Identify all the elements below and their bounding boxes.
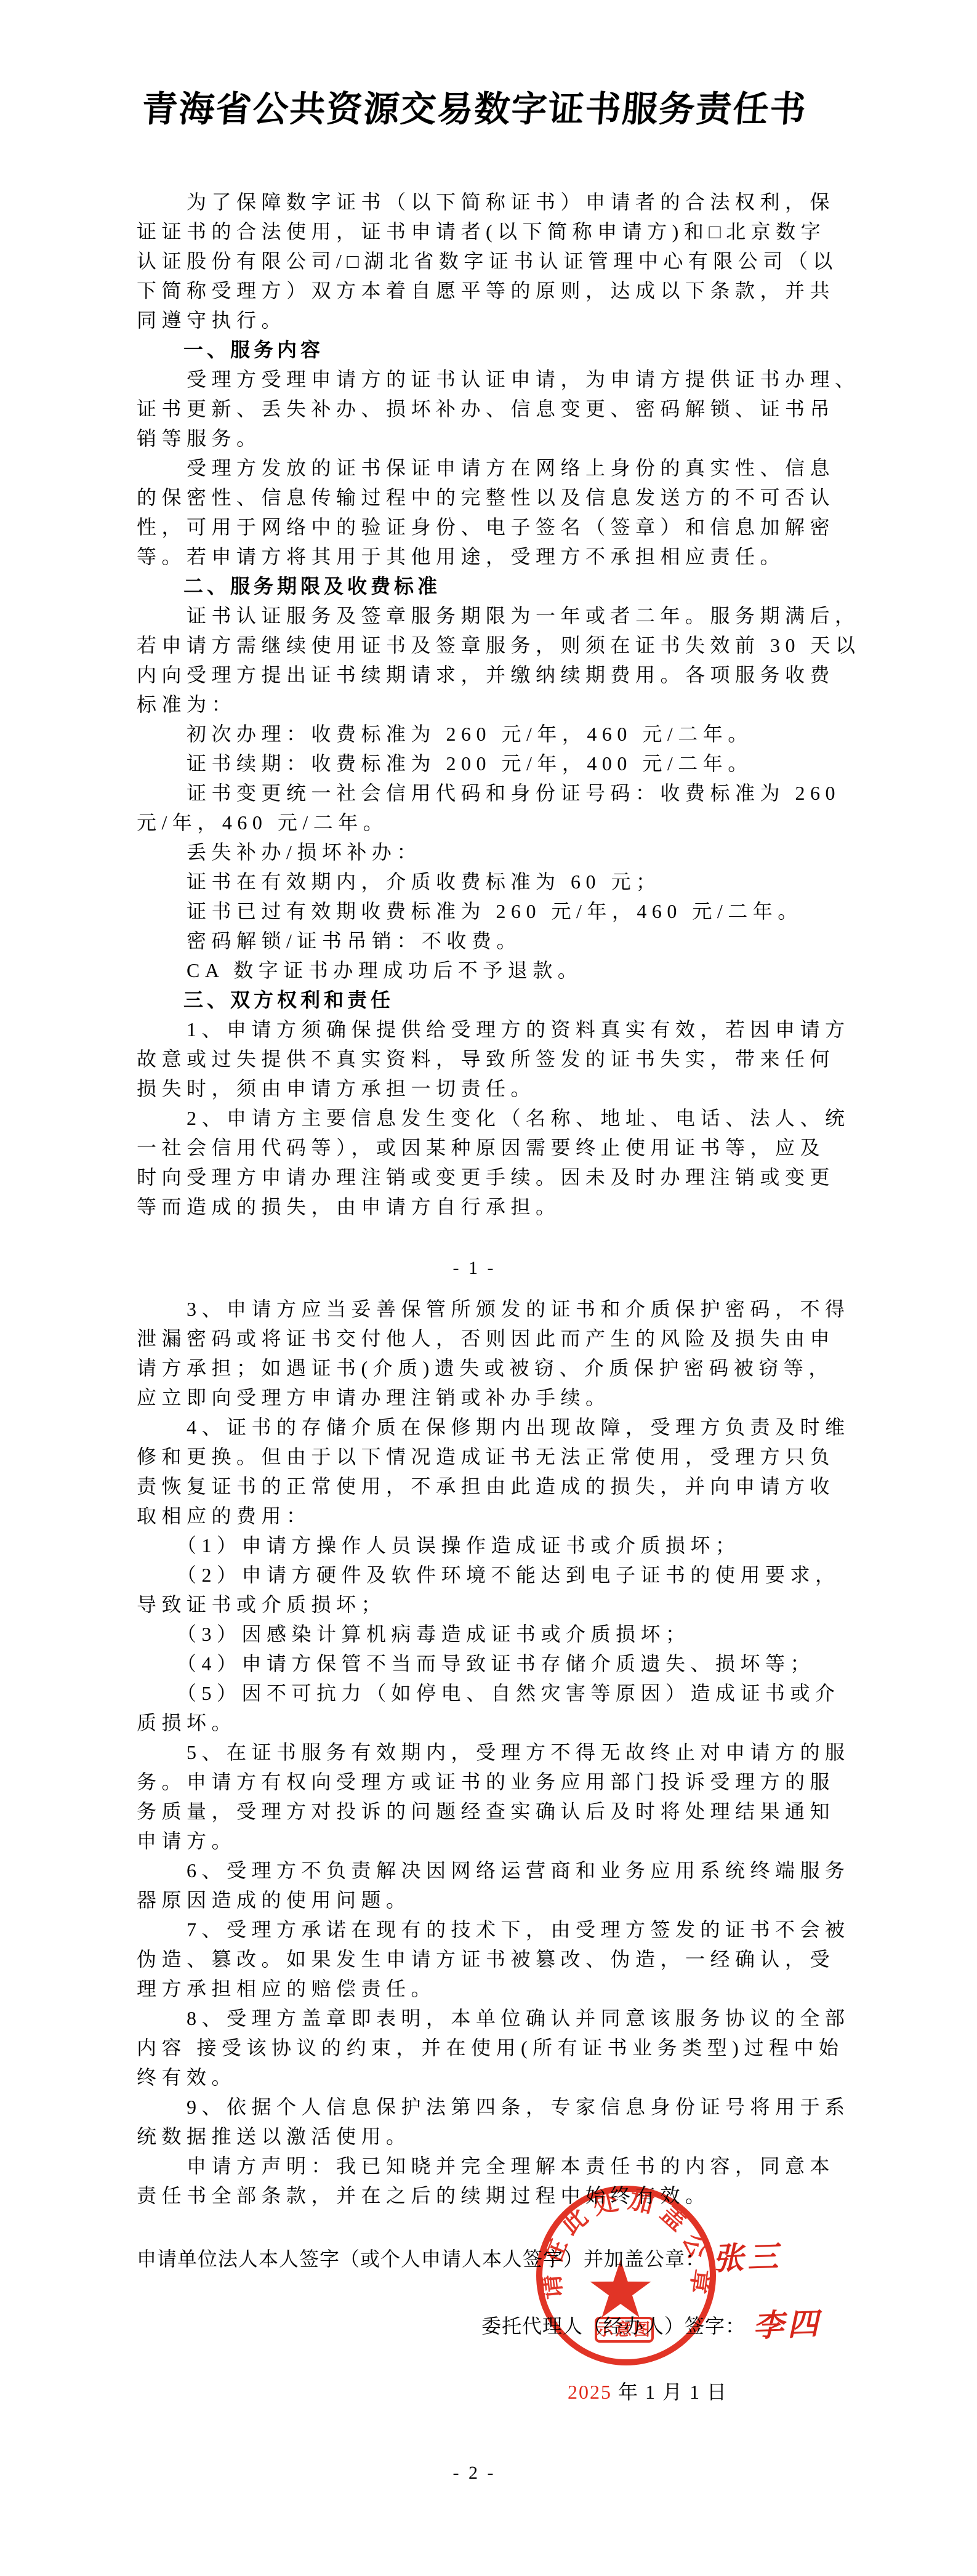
body-line: 性，可用于网络中的验证身份、电子签名（签章）和信息加解密 [137, 512, 812, 542]
body-line: 5、在证书服务有效期内，受理方不得无故终止对申请方的服 [137, 1737, 812, 1767]
body-line: 受理方发放的证书保证申请方在网络上身份的真实性、信息 [137, 453, 812, 483]
body-line: （3）因感染计算机病毒造成证书或介质损坏； [137, 1619, 812, 1649]
sample-label: 示意图 [596, 2318, 653, 2341]
body-line: 证书更新、丢失补办、损坏补办、信息变更、密码解锁、证书吊 [137, 394, 812, 424]
body-line: 二、服务期限及收费标准 [137, 571, 812, 601]
legal-person-signature: 张三 [712, 2242, 782, 2274]
page-number-2: - 2 - [137, 2458, 812, 2488]
page-2-body: 3、申请方应当妥善保管所颁发的证书和介质保护密码，不得泄漏密码或将证书交付他人，… [137, 1294, 812, 2210]
body-line: 3、申请方应当妥善保管所颁发的证书和介质保护密码，不得 [137, 1294, 812, 1324]
body-line: 故意或过失提供不真实资料，导致所签发的证书失实，带来任何 [137, 1044, 812, 1074]
body-line: 8、受理方盖章即表明，本单位确认并同意该服务协议的全部 [137, 2003, 812, 2033]
body-line: 损失时，须由申请方承担一切责任。 [137, 1074, 812, 1103]
body-line: 三、双方权利和责任 [137, 985, 812, 1015]
body-line: 认证股份有限公司/□湖北省数字证书认证管理中心有限公司（以 [137, 246, 812, 276]
body-line: 9、依据个人信息保护法第四条，专家信息身份证号将用于系 [137, 2092, 812, 2122]
page-title: 青海省公共资源交易数字证书服务责任书 [135, 89, 814, 131]
page-1-body: 为了保障数字证书（以下简称证书）申请者的合法权利，保证证书的合法使用，证书申请者… [137, 187, 812, 1222]
official-seal-stamp: 请在此处加盖公章 示意图 [531, 2180, 722, 2371]
body-line: 的保密性、信息传输过程中的完整性以及信息发送方的不可否认 [137, 483, 812, 512]
document-page: { "title": "青海省公共资源交易数字证书服务责任书", "colors… [0, 0, 977, 2576]
body-line: 责恢复证书的正常使用，不承担由此造成的损失，并向申请方收 [137, 1471, 812, 1501]
body-line: 2、申请方主要信息发生变化（名称、地址、电话、法人、统 [137, 1103, 812, 1133]
body-line: 等而造成的损失，由申请方自行承担。 [137, 1192, 812, 1222]
body-line: 修和更换。但由于以下情况造成证书无法正常使用，受理方只负 [137, 1442, 812, 1471]
body-line: 证书已过有效期收费标准为 260 元/年，460 元/二年。 [137, 896, 812, 926]
page-number-1: - 1 - [137, 1254, 812, 1283]
body-line: 为了保障数字证书（以下简称证书）申请者的合法权利，保 [137, 187, 812, 217]
body-line: 应立即向受理方申请办理注销或补办手续。 [137, 1383, 812, 1412]
body-line: 务。申请方有权向受理方或证书的业务应用部门投诉受理方的服 [137, 1767, 812, 1797]
document-body: 青海省公共资源交易数字证书服务责任书 为了保障数字证书（以下简称证书）申请者的合… [0, 89, 977, 2488]
body-line: 一社会信用代码等），或因某种原因需要终止使用证书等，应及 [137, 1133, 812, 1162]
body-line: 证证书的合法使用，证书申请者(以下简称申请方)和□北京数字 [137, 217, 812, 246]
body-line: 若申请方需继续使用证书及签章服务，则须在证书失效前 30 天以 [137, 630, 812, 660]
body-line: 4、证书的存储介质在保修期内出现故障，受理方负责及时维 [137, 1412, 812, 1442]
body-line: 丢失补办/损坏补办： [137, 837, 812, 867]
body-line: 器原因造成的使用问题。 [137, 1885, 812, 1915]
date-rest: 年 1 月 1 日 [612, 2381, 728, 2403]
body-line: 元/年，460 元/二年。 [137, 808, 812, 837]
body-line: 等。若申请方将其用于其他用途，受理方不承担相应责任。 [137, 542, 812, 571]
body-line: 请方承担；如遇证书(介质)遗失或被窃、介质保护密码被窃等， [137, 1353, 812, 1383]
star-icon [590, 2260, 651, 2317]
body-line: 申请方。 [137, 1826, 812, 1856]
body-line: 取相应的费用： [137, 1501, 812, 1531]
body-line: 证书在有效期内，介质收费标准为 60 元； [137, 867, 812, 896]
body-line: 质损坏。 [137, 1708, 812, 1737]
body-line: 标准为： [137, 690, 812, 719]
body-line: （1）申请方操作人员误操作造成证书或介质损坏； [137, 1531, 812, 1560]
body-line: 导致证书或介质损坏； [137, 1590, 812, 1619]
body-line: 内向受理方提出证书续期请求，并缴纳续期费用。各项服务收费 [137, 660, 812, 690]
body-line: 伪造、篡改。如果发生申请方证书被篡改、伪造，一经确认，受 [137, 1944, 812, 1974]
body-line: 申请方声明：我已知晓并完全理解本责任书的内容，同意本 [137, 2151, 812, 2181]
body-line: 受理方受理申请方的证书认证申请，为申请方提供证书办理、 [137, 364, 812, 394]
agent-signature: 李四 [752, 2309, 822, 2341]
body-line: （5）因不可抗力（如停电、自然灾害等原因）造成证书或介 [137, 1678, 812, 1708]
body-line: 1、申请方须确保提供给受理方的资料真实有效，若因申请方 [137, 1015, 812, 1044]
body-line: 证书认证服务及签章服务期限为一年或者二年。服务期满后， [137, 601, 812, 630]
body-line: 7、受理方承诺在现有的技术下，由受理方签发的证书不会被 [137, 1915, 812, 1944]
body-line: 时向受理方申请办理注销或变更手续。因未及时办理注销或变更 [137, 1162, 812, 1192]
body-line: 6、受理方不负责解决因网络运营商和业务应用系统终端服务 [137, 1856, 812, 1885]
body-line: 初次办理：收费标准为 260 元/年，460 元/二年。 [137, 719, 812, 749]
body-line: 销等服务。 [137, 424, 812, 453]
body-line: 泄漏密码或将证书交付他人，否则因此而产生的风险及损失由申 [137, 1324, 812, 1353]
body-line: CA 数字证书办理成功后不予退款。 [137, 956, 812, 985]
body-line: 一、服务内容 [137, 335, 812, 364]
sample-label-text: 示意图 [597, 2320, 652, 2339]
body-line: 密码解锁/证书吊销：不收费。 [137, 926, 812, 956]
date-year: 2025 [568, 2381, 612, 2403]
body-line: 理方承担相应的赔偿责任。 [137, 1974, 812, 2003]
body-line: （4）申请方保管不当而导致证书存储介质遗失、损坏等； [137, 1649, 812, 1678]
body-line: 同遵守执行。 [137, 305, 812, 335]
body-line: 证书变更统一社会信用代码和身份证号码：收费标准为 260 [137, 778, 812, 808]
body-line: 内容 接受该协议的约束，并在使用(所有证书业务类型)过程中始 [137, 2033, 812, 2063]
body-line: 务质量，受理方对投诉的问题经查实确认后及时将处理结果通知 [137, 1797, 812, 1826]
body-line: （2）申请方硬件及软件环境不能达到电子证书的使用要求， [137, 1560, 812, 1590]
body-line: 统数据推送以激活使用。 [137, 2122, 812, 2151]
body-line: 下简称受理方）双方本着自愿平等的原则，达成以下条款，并共 [137, 276, 812, 305]
body-line: 终有效。 [137, 2063, 812, 2092]
body-line: 证书续期：收费标准为 200 元/年，400 元/二年。 [137, 749, 812, 778]
date-line: 2025 年 1 月 1 日 [568, 2377, 812, 2407]
